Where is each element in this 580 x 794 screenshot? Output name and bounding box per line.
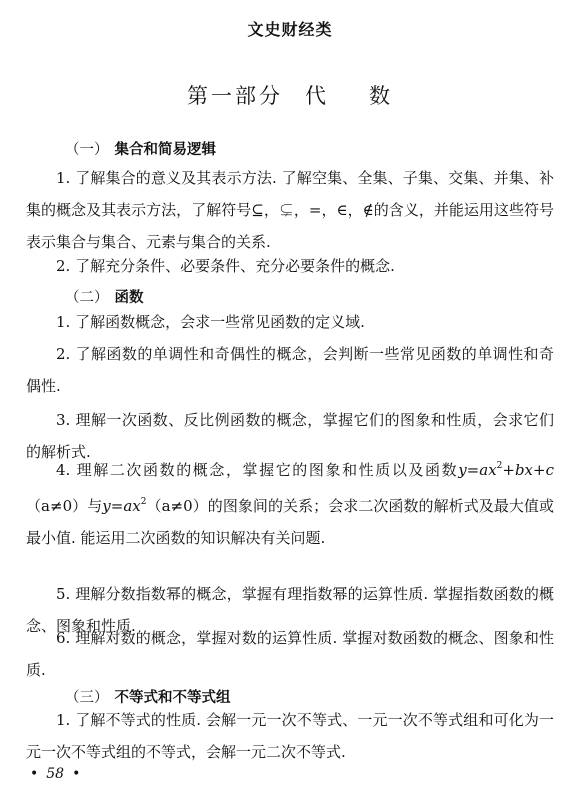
page-footer: •58• (30, 766, 80, 782)
paragraph-item: 2. 了解充分条件、必要条件、充分必要条件的概念. (26, 250, 554, 282)
page-number: 58 (46, 766, 64, 782)
paragraph-item-quadratic: 4. 理解二次函数的概念，掌握它的图象和性质以及函数y=ax2+bx+c（a≠0… (26, 450, 554, 554)
part-name-char-1: 代 (305, 84, 329, 108)
section-number: （二） (65, 290, 109, 306)
paragraph-item: 1. 了解集合的意义及其表示方法. 了解空集、全集、子集、交集、并集、补集的概念… (26, 162, 554, 258)
section-number: （一） (65, 142, 109, 158)
section-title: 函数 (115, 290, 144, 306)
paragraph-item: 1. 了解不等式的性质. 会解一元一次不等式、一元一次不等式组和可化为一元一次不… (26, 704, 554, 768)
part-title: 第一部分代数 (0, 80, 580, 110)
formula-quadratic: y=ax2+bx+c (458, 461, 554, 479)
category-title: 文史财经类 (0, 17, 580, 40)
document-page: 文史财经类 第一部分代数 （一）集合和简易逻辑 1. 了解集合的意义及其表示方法… (0, 0, 580, 794)
part-name-char-2: 数 (369, 84, 393, 108)
paragraph-item: 1. 了解函数概念，会求一些常见函数的定义域. (26, 306, 554, 338)
formula-basic-quadratic: y=ax2 (102, 497, 146, 515)
part-label: 第一部分 (187, 84, 283, 108)
section-title: 集合和简易逻辑 (115, 142, 217, 158)
section-heading-sets-logic: （一）集合和简易逻辑 (65, 138, 216, 159)
paragraph-item: 6. 理解对数的概念，掌握对数的运算性质. 掌握对数函数的概念、图象和性质. (26, 622, 554, 686)
section-heading-functions: （二）函数 (65, 286, 144, 307)
paragraph-item: 2. 了解函数的单调性和奇偶性的概念，会判断一些常见函数的单调性和奇偶性. (26, 338, 554, 402)
